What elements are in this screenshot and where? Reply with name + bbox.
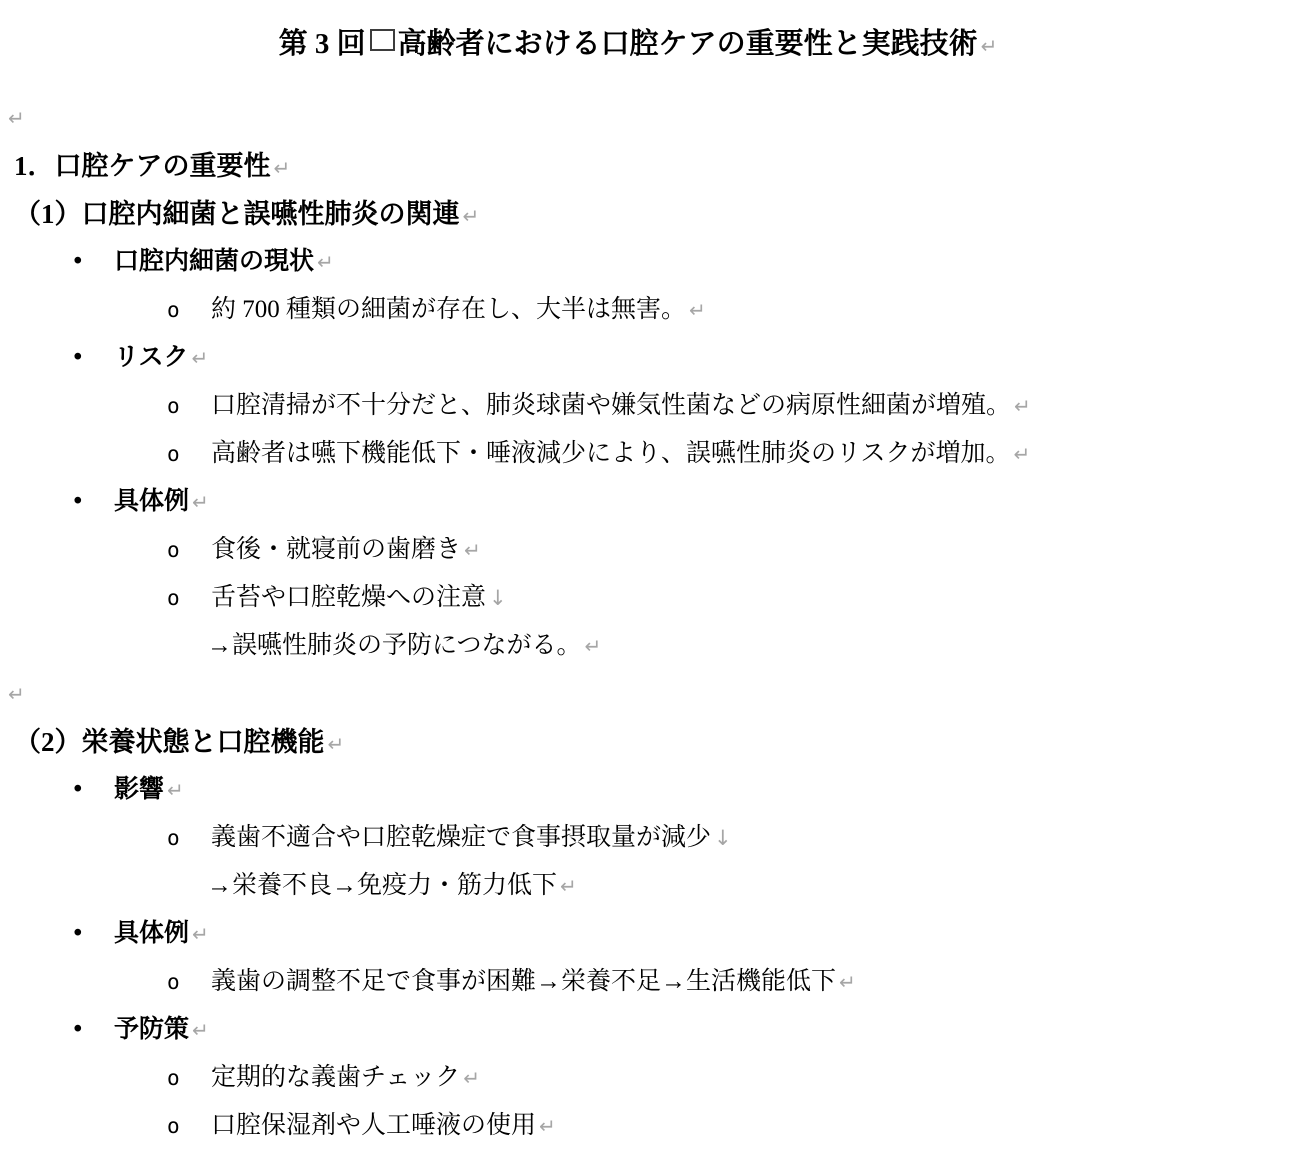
document-page: 第 3 回高齢者における口腔ケアの重要性と実践技術↵ ↵1．口腔ケアの重要性↵（… (0, 0, 1292, 1157)
paragraph-mark-icon: ↵ (8, 682, 25, 706)
line-text: 高齢者は嚥下機能低下・唾液減少により、誤嚥性肺炎のリスクが増加。 (211, 440, 1011, 467)
doc-line-b2[interactable]: o約 700 種類の細菌が存在し、大半は無害。↵ (14, 286, 1262, 334)
circle-bullet-icon: o (167, 574, 211, 622)
doc-line-cont[interactable]: →誤嚥性肺炎の予防につながる。↵ (14, 622, 1262, 670)
line-break-mark-icon: ↓ (489, 586, 507, 610)
paragraph-mark-icon: ↵ (463, 1066, 480, 1090)
doc-line-h1[interactable]: 1．口腔ケアの重要性↵ (14, 142, 1262, 190)
paragraph-mark-icon: ↵ (981, 34, 998, 58)
paragraph-mark-icon: ↵ (464, 538, 481, 562)
doc-line-b2[interactable]: o義歯不適合や口腔乾燥症で食事摂取量が減少↓ (14, 814, 1262, 862)
bullet-icon: • (71, 334, 114, 382)
doc-line-b2[interactable]: o口腔保湿剤や人工唾液の使用↵ (14, 1102, 1262, 1150)
doc-line-b1[interactable]: •予防策↵ (14, 1006, 1262, 1054)
paragraph-mark-icon: ↵ (192, 922, 209, 946)
line-text: →栄養不良→免疫力・筋力低下 (207, 872, 557, 899)
bullet-icon: • (71, 1006, 114, 1054)
line-text: 義歯の調整不足で食事が困難→栄養不足→生活機能低下 (211, 968, 836, 995)
line-text: （2）栄養状態と口腔機能 (14, 727, 325, 757)
circle-bullet-icon: o (167, 958, 211, 1006)
circle-bullet-icon: o (167, 430, 211, 478)
paragraph-mark-icon: ↵ (539, 1114, 556, 1138)
doc-line-b1[interactable]: •影響↵ (14, 766, 1262, 814)
bullet-icon: • (71, 766, 114, 814)
paragraph-mark-icon: ↵ (192, 346, 209, 370)
line-text: →誤嚥性肺炎の予防につながる。 (207, 632, 582, 659)
paragraph-mark-icon: ↵ (192, 1018, 209, 1042)
document-title[interactable]: 第 3 回高齢者における口腔ケアの重要性と実践技術↵ (14, 22, 1262, 68)
paragraph-mark-icon: ↵ (585, 634, 602, 658)
title-text-main: 高齢者における口腔ケアの重要性と実践技術 (398, 28, 978, 60)
paragraph-mark-icon: ↵ (317, 250, 334, 274)
doc-line-b1[interactable]: •具体例↵ (14, 910, 1262, 958)
line-text: 具体例 (114, 488, 189, 515)
line-text: 予防策 (114, 1016, 189, 1043)
circle-bullet-icon: o (167, 286, 211, 334)
line-text: 口腔内細菌の現状 (114, 248, 314, 275)
line-text: リスク (114, 344, 189, 371)
paragraph-mark-icon: ↵ (192, 490, 209, 514)
empty-paragraph[interactable]: ↵ (14, 94, 1262, 142)
paragraph-mark-icon: ↵ (328, 732, 345, 756)
line-text: 具体例 (114, 920, 189, 947)
fullwidth-space-icon (370, 29, 395, 51)
paragraph-mark-icon: ↵ (839, 970, 856, 994)
line-text: 口腔清掃が不十分だと、肺炎球菌や嫌気性菌などの病原性細菌が増殖。 (211, 392, 1011, 419)
doc-line-b2[interactable]: o高齢者は嚥下機能低下・唾液減少により、誤嚥性肺炎のリスクが増加。↵ (14, 430, 1262, 478)
circle-bullet-icon: o (167, 526, 211, 574)
paragraph-mark-icon: ↵ (274, 156, 291, 180)
bullet-icon: • (71, 238, 114, 286)
doc-line-b2[interactable]: o口腔清掃が不十分だと、肺炎球菌や嫌気性菌などの病原性細菌が増殖。↵ (14, 382, 1262, 430)
line-text: 定期的な義歯チェック (211, 1064, 460, 1091)
bullet-icon: • (71, 910, 114, 958)
paragraph-mark-icon: ↵ (1014, 394, 1031, 418)
bullet-icon: • (71, 478, 114, 526)
doc-line-cont[interactable]: →栄養不良→免疫力・筋力低下↵ (14, 862, 1262, 910)
doc-line-h2[interactable]: （2）栄養状態と口腔機能↵ (14, 718, 1262, 766)
doc-line-b1[interactable]: •リスク↵ (14, 334, 1262, 382)
document-body: ↵1．口腔ケアの重要性↵（1）口腔内細菌と誤嚥性肺炎の関連↵•口腔内細菌の現状↵… (14, 94, 1262, 1150)
paragraph-mark-icon: ↵ (689, 298, 706, 322)
line-text: 1．口腔ケアの重要性 (14, 151, 271, 181)
line-text: （1）口腔内細菌と誤嚥性肺炎の関連 (14, 199, 460, 229)
doc-line-b2[interactable]: o食後・就寝前の歯磨き↵ (14, 526, 1262, 574)
line-text: 口腔保湿剤や人工唾液の使用 (211, 1112, 536, 1139)
doc-line-h2[interactable]: （1）口腔内細菌と誤嚥性肺炎の関連↵ (14, 190, 1262, 238)
paragraph-mark-icon: ↵ (8, 106, 25, 130)
circle-bullet-icon: o (167, 1102, 211, 1150)
line-text: 義歯不適合や口腔乾燥症で食事摂取量が減少 (211, 824, 711, 851)
doc-line-b2[interactable]: o舌苔や口腔乾燥への注意↓ (14, 574, 1262, 622)
circle-bullet-icon: o (167, 814, 211, 862)
empty-paragraph[interactable]: ↵ (14, 670, 1262, 718)
doc-line-b1[interactable]: •口腔内細菌の現状↵ (14, 238, 1262, 286)
circle-bullet-icon: o (167, 1054, 211, 1102)
paragraph-mark-icon: ↵ (560, 874, 577, 898)
title-text-prefix: 第 3 回 (279, 28, 366, 60)
paragraph-mark-icon: ↵ (167, 778, 184, 802)
paragraph-mark-icon: ↵ (463, 204, 480, 228)
doc-line-b1[interactable]: •具体例↵ (14, 478, 1262, 526)
line-break-mark-icon: ↓ (714, 826, 732, 850)
line-text: 約 700 種類の細菌が存在し、大半は無害。 (211, 296, 686, 323)
line-text: 影響 (114, 776, 164, 803)
paragraph-mark-icon: ↵ (1014, 442, 1031, 466)
line-text: 食後・就寝前の歯磨き (211, 536, 461, 563)
circle-bullet-icon: o (167, 382, 211, 430)
doc-line-b2[interactable]: o義歯の調整不足で食事が困難→栄養不足→生活機能低下↵ (14, 958, 1262, 1006)
line-text: 舌苔や口腔乾燥への注意 (211, 584, 486, 611)
doc-line-b2[interactable]: o定期的な義歯チェック↵ (14, 1054, 1262, 1102)
